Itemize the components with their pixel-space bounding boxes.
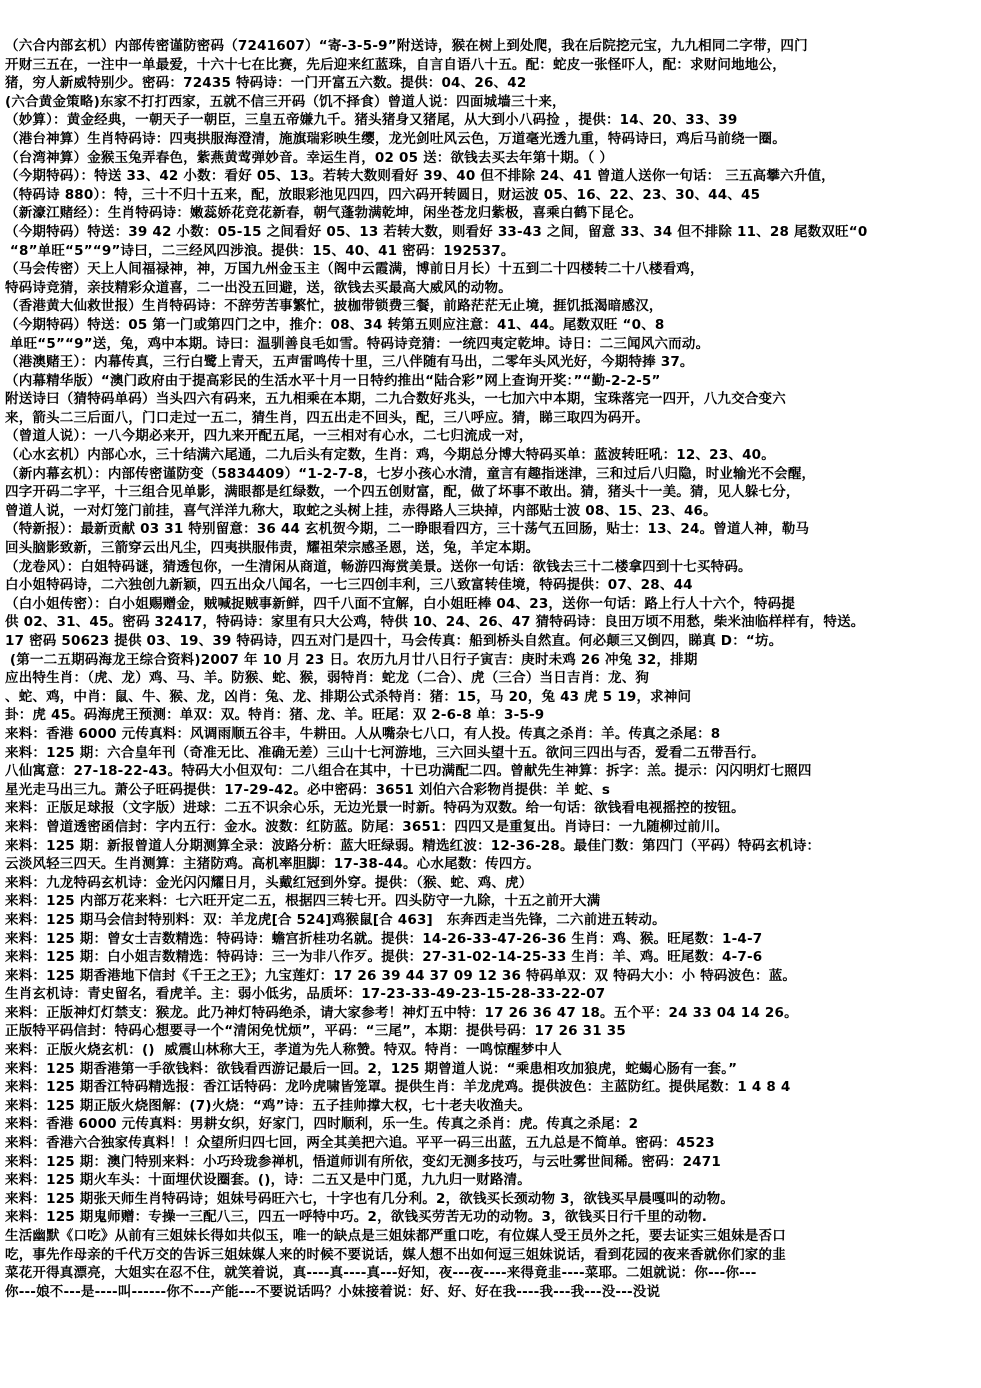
text-line: 来料：曾道透密函信封：字内五行：金水。波数：红防蓝。防尾：3651：四四又是重复… [5,818,979,837]
text-line: （白小姐传密）：白小姐赐赠金，贼喊捉贼事新鲜，四千八面不宜解，白小姐旺棒 04、… [5,595,979,614]
text-line: （心水玄机）内部心水，三十结满六尾通，二九后头有定数，生肖：鸡，今期总分博大特码… [5,446,979,465]
text-line: 来料：125 期鬼师赠：专操一三配八三，四五一呼特中巧。2，欲钱买劳苦无功的动物… [5,1208,979,1227]
text-line: （香港黄大仙救世报）生肖特码诗：不辞劳苦事繁忙，披枷带锁费三餐，前路茫茫无止境，… [5,297,979,316]
text-line: （内幕精华版）“澳门政府由于提高彩民的生活水平十月一日特约推出“陆合彩”网上查询… [5,372,979,391]
text-line: （港澳赌王）：内幕传真，三行白鹭上青天，五声雷鸣传十里，三八伴随有马出，二零年头… [5,353,979,372]
text-line: （妙算）：黄金经典，一朝天子一朝臣，三皇五帝嫌九千。猪头猪身又猪尾，从大到小八码… [5,111,979,130]
text-line: “8”单旺“5”“9”诗曰，二三经风四涉浪。提供：15、40、41 密码：192… [5,242,979,261]
text-line: 来料：香港六合独家传真料！！众望所归四七回，两全其美把六追。平平一码三出蓝，五九… [5,1134,979,1153]
text-line: （今期特码）特送：05 第一门或第四门之中，推介：08、34 转第五则应注意：4… [5,316,979,335]
text-line: 来料：正版神灯灯禁支：猴龙。此乃神灯特码绝杀，请大家参考！神灯五中特：17 26… [5,1004,979,1023]
text-line: 供 02、31、45。密码 32417，特码诗：家里有只大公鸡，特供 10、24… [5,613,979,632]
text-line: 来料：九龙特码玄机诗：金光闪闪耀日月，头戴红冠到外穿。提供：（猴、蛇、鸡、虎） [5,874,979,893]
text-line: 回头脑影致新，三箭穿云出凡尘，四夷拱服伟责，耀祖荣宗感圣恩，送，兔，羊定本期。 [5,539,979,558]
text-line: 来料：125 期：白小姐吉数精选：特码诗：三一为非八作歹。提供：27-31-02… [5,948,979,967]
text-line: 来，箭头二三后面八，门口走过一五二，猜生肖，四五出走不回头，配，三八呼应。猜，睇… [5,409,979,428]
text-line: （今期特码）：特送 33、42 小数：看好 05、13。若转大数则看好 39、4… [5,167,979,186]
text-line: （曾道人说）：一八今期必来开，四九来开配五尾，一三相对有心水，二七归流成一对， [5,427,979,446]
text-line: 正版特平码信封：特码心想要寻一个“清闲免忧烦”，平码：“三尾”，本期：提供号码：… [5,1022,979,1041]
text-line: 来料：125 内部万花来料：七六旺开定二五，根据四三转七开。四头防守一九除，十五… [5,892,979,911]
text-line: 吃，事先作母亲的千代万交的告诉三姐妹媒人来的时候不要说话，媒人想不出如何逗三姐妹… [5,1246,979,1265]
text-line: 17 密码 50623 提供 03、19、39 特码诗，四五对门是四十，马会传真… [5,632,979,651]
text-line: 来料：125 期张天师生肖特码诗；姐妹号码旺六七，十字也有几分利。2，欲钱买长颈… [5,1190,979,1209]
document-body: （六合内部玄机）内部传密谨防密码（7241607）“寄-3-5-9”附送诗，猴在… [5,37,979,1301]
text-line: （龙卷风）：白姐特码谜，猜透包你，一生清闲从商道，畅游四海赏美景。送你一句话：欲… [5,558,979,577]
text-line: （港台神算）生肖特码诗：四夷拱服海澄清，施旗瑞彩映生缨，龙光剑吐风云色，万道毫光… [5,130,979,149]
text-line: 星光走马出三九。萧公子旺码提供：17-29-42。必中密码：3651 刘伯六合彩… [5,781,979,800]
text-line: （特新报）：最新贡献 03 31 特别留意：36 44 玄机贺今期，二一睁眼看四… [5,520,979,539]
text-line: 单旺“5”“9”送，兔，鸡中本期。诗曰：温驯善良毛如雪。特码诗竞猜：一统四夷定乾… [5,335,979,354]
text-line: 来料：香港 6000 元传真料：风调雨顺五谷丰，牛耕田。人从嘴杂七八口，有人投。… [5,725,979,744]
text-line: （特码诗 880）：特，三十不归十五来，配，放眼彩池见四四，四六码开转圆日，财运… [5,186,979,205]
text-line: 曾道人说，一对灯笼门前挂，喜气洋洋九称大，取蛇之头树上挂，赤得路人三块掉，内部贴… [5,502,979,521]
text-line: （新内幕玄机）：内部传密谨防变（5834409）“1-2-7-8，七岁小孩心水清… [5,465,979,484]
text-line: 附送诗曰（猜特码单码）当头四六有码来，五九相乘在本期，二九合数好兆头，一七加六中… [5,390,979,409]
text-line: 、蛇、鸡，中肖：鼠、牛、猴、龙，凶肖：兔、龙、排期公式杀特肖：猪：15，马 20… [5,688,979,707]
text-line: 应出特生肖：（虎、龙）鸡、马、羊。防猴、蛇、猴，弱特肖：蛇龙（二合）、虎（三合）… [5,669,979,688]
text-line: 生肖玄机诗：青史留名，看虎羊。主：弱小低劣，品质坏：17-23-33-49-23… [5,985,979,1004]
text-line: 来料：125 期马会信封特别料：双：羊龙虎[合 524]鸡猴鼠[合 463] 东… [5,911,979,930]
text-line: 来料：125 期正版火烧图解：(7)火烧：“鸡”诗：五子挂帅撑大权，七十老夫收渔… [5,1097,979,1116]
text-line: （今期特码）特送：39 42 小数：05-15 之间看好 05、13 若转大数，… [5,223,979,242]
text-line: 云淡风轻三四天。生肖测算：主猪防鸡。高机率胆脚：17-38-44。心水尾数：传四… [5,855,979,874]
text-line: 四字开码二字平，十三组合见单影，满眼都是红绿数，一个四五创财富，配，做了坏事不敢… [5,483,979,502]
text-line: 来料：125 期香港第一手欲钱料：欲钱看西游记最后一回。2，125 期曾道人说：… [5,1060,979,1079]
text-line: 白小姐特码诗，二六独创九新颖，四五出众八闻名，一七三四创丰利，三八致富转佳境，特… [5,576,979,595]
text-line: （台湾神算）金猴玉兔弄春色，紫燕黄莺弹妙音。幸运生肖，02 05 送：欲钱去买去… [5,149,979,168]
text-line: 来料：香港 6000 元传真料：男耕女织，好家门，四时顺利，乐一生。传真之杀肖：… [5,1115,979,1134]
text-line: 来料：125 期香江特码精选报：香江话特码：龙吟虎啸皆笼罩。提供生肖：羊龙虎鸡。… [5,1078,979,1097]
text-line: （新濠江赌经）：生肖特码诗：嫩蕊娇花竞花新春，朝气蓬勃满乾坤，闲坐苍龙归紫极，喜… [5,204,979,223]
text-line: 你---娘不---是----叫------你不---产能---不要说话吗？小妹接… [5,1283,979,1302]
text-line: (六合黄金策略)东家不打打西家，五就不信三开码（饥不择食）曾道人说：四面城墙三十… [5,93,979,112]
text-line: 来料：125 期香港地下信封《千王之王》；九宝莲灯：17 26 39 44 37… [5,967,979,986]
text-line: 猪，穷人新威特别少。密码：72435 特码诗：一门开富五六数。提供：04、26、… [5,74,979,93]
text-line: 来料：125 期：六合皇年刊（奇准无比、准确无差）三山十七河游地，三六回头望十五… [5,744,979,763]
text-line: 开财三五在，一注中一单最爱，十六十七在比赛，先后迎来红蓝珠，自言自语八十五。配：… [5,56,979,75]
text-line: 生活幽默《口吃》从前有三姐妹长得如共似玉，唯一的缺点是三姐妹都严重口吃，有位媒人… [5,1227,979,1246]
text-line: 来料：125 期：曾女士吉数精选：特码诗：蟾宫折桂功名就。提供：14-26-33… [5,930,979,949]
document-page: （六合内部玄机）内部传密谨防密码（7241607）“寄-3-5-9”附送诗，猴在… [0,0,981,1388]
text-line: （六合内部玄机）内部传密谨防密码（7241607）“寄-3-5-9”附送诗，猴在… [5,37,979,56]
text-line: (第一二五期码海龙王综合资料)2007 年 10 月 23 日。农历九月廿八日行… [5,651,979,670]
text-line: 菜花开得真漂亮，大姐实在忍不住，就笑着说，真----真----真---好知，夜-… [5,1264,979,1283]
text-line: 来料：正版火烧玄机：() 威震山林称大王，孝道为先人称赞。特双。特肖：一鸣惊醒梦… [5,1041,979,1060]
text-line: 来料：125 期：新报曾道人分期测算全录：波路分析：蓝大旺绿弱。精选红波：12-… [5,837,979,856]
text-line: 八仙寓意：27-18-22-43。特码大小但双句：二八组合在其中，十已功满配二四… [5,762,979,781]
text-line: 来料：正版足球报（文字版）进球：二五不识余心乐，无边光景一时新。特码为双数。给一… [5,799,979,818]
text-line: （马会传密）天上人间福禄神，神，万国九州金玉主（阁中云霞满，博前日月长）十五到二… [5,260,979,279]
text-line: 特码诗竞猜，亲技精彩众道喜，二一出没五回避，送，欲钱去买最高大威风的动物。 [5,279,979,298]
text-line: 来料：125 期火车头：十面埋伏设圈套。()，诗：二五又是中门觅，九九归一财路清… [5,1171,979,1190]
text-line: 卦：虎 45。码海虎王预测：单双：双。特肖：猪、龙、羊。旺尾：双 2-6-8 单… [5,706,979,725]
text-line: 来料：125 期：澳门特别来料：小巧玲珑参禅机，悟道师训有所依，变幻无测多技巧，… [5,1153,979,1172]
